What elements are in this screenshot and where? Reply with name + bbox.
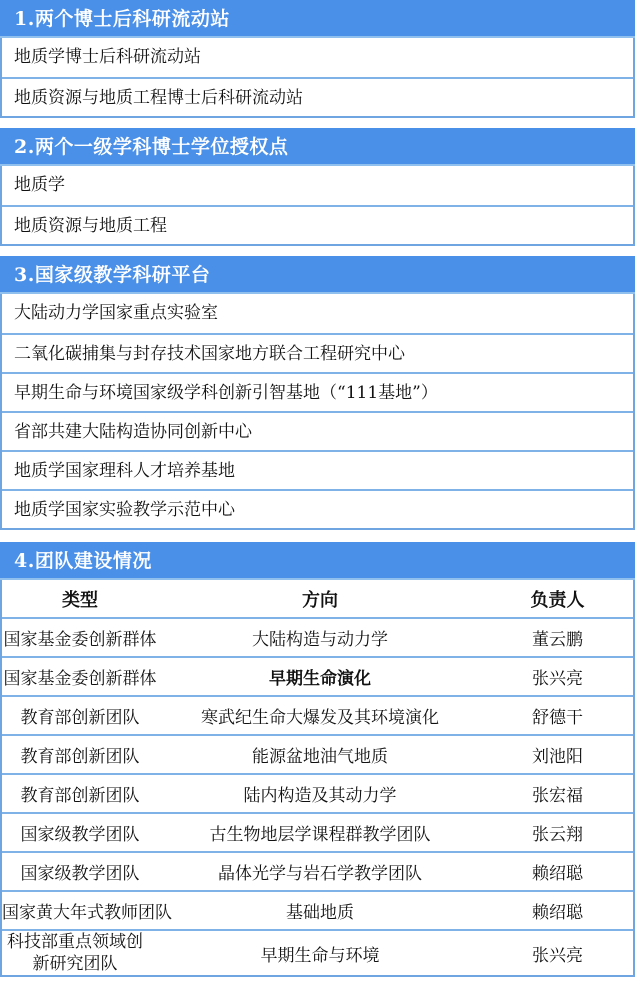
column-header-direction: 方向 [158,580,482,618]
table-row: 教育部创新团队 能源盆地油气地质 刘池阳 [2,735,633,774]
list-item: 地质学 [2,166,633,205]
section-team-building: 4.团队建设情况 类型 方向 负责人 国家基金委创新群体 大陆构造与动力学 董云… [0,542,635,977]
section-title: 2.两个一级学科博士学位授权点 [0,128,635,166]
list-item: 地质学国家理科人才培养基地 [2,450,633,489]
section-doctoral-programs: 2.两个一级学科博士学位授权点 地质学 地质资源与地质工程 [0,128,635,246]
section-title: 4.团队建设情况 [0,542,635,580]
section-list: 地质学 地质资源与地质工程 [0,166,635,246]
cell-type: 国家基金委创新群体 [2,657,158,696]
team-table: 类型 方向 负责人 国家基金委创新群体 大陆构造与动力学 董云鹏 国家基金委创新… [2,580,633,975]
section-title: 1.两个博士后科研流动站 [0,0,635,38]
cell-direction: 基础地质 [158,891,482,930]
cell-type: 教育部创新团队 [2,696,158,735]
cell-leader: 刘池阳 [482,735,633,774]
list-item: 地质学博士后科研流动站 [2,38,633,77]
section-list: 地质学博士后科研流动站 地质资源与地质工程博士后科研流动站 [0,38,635,118]
cell-leader: 张宏福 [482,774,633,813]
table-row: 国家级教学团队 古生物地层学课程群教学团队 张云翔 [2,813,633,852]
cell-type: 教育部创新团队 [2,735,158,774]
cell-type: 教育部创新团队 [2,774,158,813]
cell-leader: 张兴亮 [482,930,633,975]
list-item: 地质资源与地质工程 [2,205,633,244]
table-row: 教育部创新团队 陆内构造及其动力学 张宏福 [2,774,633,813]
list-item: 二氧化碳捕集与封存技术国家地方联合工程研究中心 [2,333,633,372]
cell-type: 科技部重点领域创新研究团队 [2,930,158,975]
cell-leader: 舒德干 [482,696,633,735]
cell-type: 国家基金委创新群体 [2,618,158,657]
cell-direction: 陆内构造及其动力学 [158,774,482,813]
table-row: 国家黄大年式教师团队 基础地质 赖绍聪 [2,891,633,930]
cell-direction: 大陆构造与动力学 [158,618,482,657]
team-table-container: 类型 方向 负责人 国家基金委创新群体 大陆构造与动力学 董云鹏 国家基金委创新… [0,580,635,977]
cell-leader: 赖绍聪 [482,852,633,891]
cell-direction: 早期生命演化 [158,657,482,696]
cell-leader: 张兴亮 [482,657,633,696]
column-header-type: 类型 [2,580,158,618]
section-national-platforms: 3.国家级教学科研平台 大陆动力学国家重点实验室 二氧化碳捕集与封存技术国家地方… [0,256,635,530]
table-row: 科技部重点领域创新研究团队 早期生命与环境 张兴亮 [2,930,633,975]
cell-direction: 能源盆地油气地质 [158,735,482,774]
section-postdoc-stations: 1.两个博士后科研流动站 地质学博士后科研流动站 地质资源与地质工程博士后科研流… [0,0,635,118]
cell-leader: 赖绍聪 [482,891,633,930]
column-header-leader: 负责人 [482,580,633,618]
list-item: 大陆动力学国家重点实验室 [2,294,633,333]
table-header-row: 类型 方向 负责人 [2,580,633,618]
cell-type: 国家级教学团队 [2,852,158,891]
cell-direction: 寒武纪生命大爆发及其环境演化 [158,696,482,735]
list-item: 早期生命与环境国家级学科创新引智基地（“111基地”） [2,372,633,411]
list-item: 地质学国家实验教学示范中心 [2,489,633,528]
cell-direction: 古生物地层学课程群教学团队 [158,813,482,852]
cell-type: 国家级教学团队 [2,813,158,852]
cell-leader: 张云翔 [482,813,633,852]
section-list: 大陆动力学国家重点实验室 二氧化碳捕集与封存技术国家地方联合工程研究中心 早期生… [0,294,635,530]
table-row: 国家基金委创新群体 早期生命演化 张兴亮 [2,657,633,696]
cell-type: 国家黄大年式教师团队 [2,891,158,930]
cell-direction: 早期生命与环境 [158,930,482,975]
cell-direction: 晶体光学与岩石学教学团队 [158,852,482,891]
list-item: 地质资源与地质工程博士后科研流动站 [2,77,633,116]
cell-leader: 董云鹏 [482,618,633,657]
section-title: 3.国家级教学科研平台 [0,256,635,294]
list-item: 省部共建大陆构造协同创新中心 [2,411,633,450]
table-row: 教育部创新团队 寒武纪生命大爆发及其环境演化 舒德干 [2,696,633,735]
table-row: 国家基金委创新群体 大陆构造与动力学 董云鹏 [2,618,633,657]
table-row: 国家级教学团队 晶体光学与岩石学教学团队 赖绍聪 [2,852,633,891]
